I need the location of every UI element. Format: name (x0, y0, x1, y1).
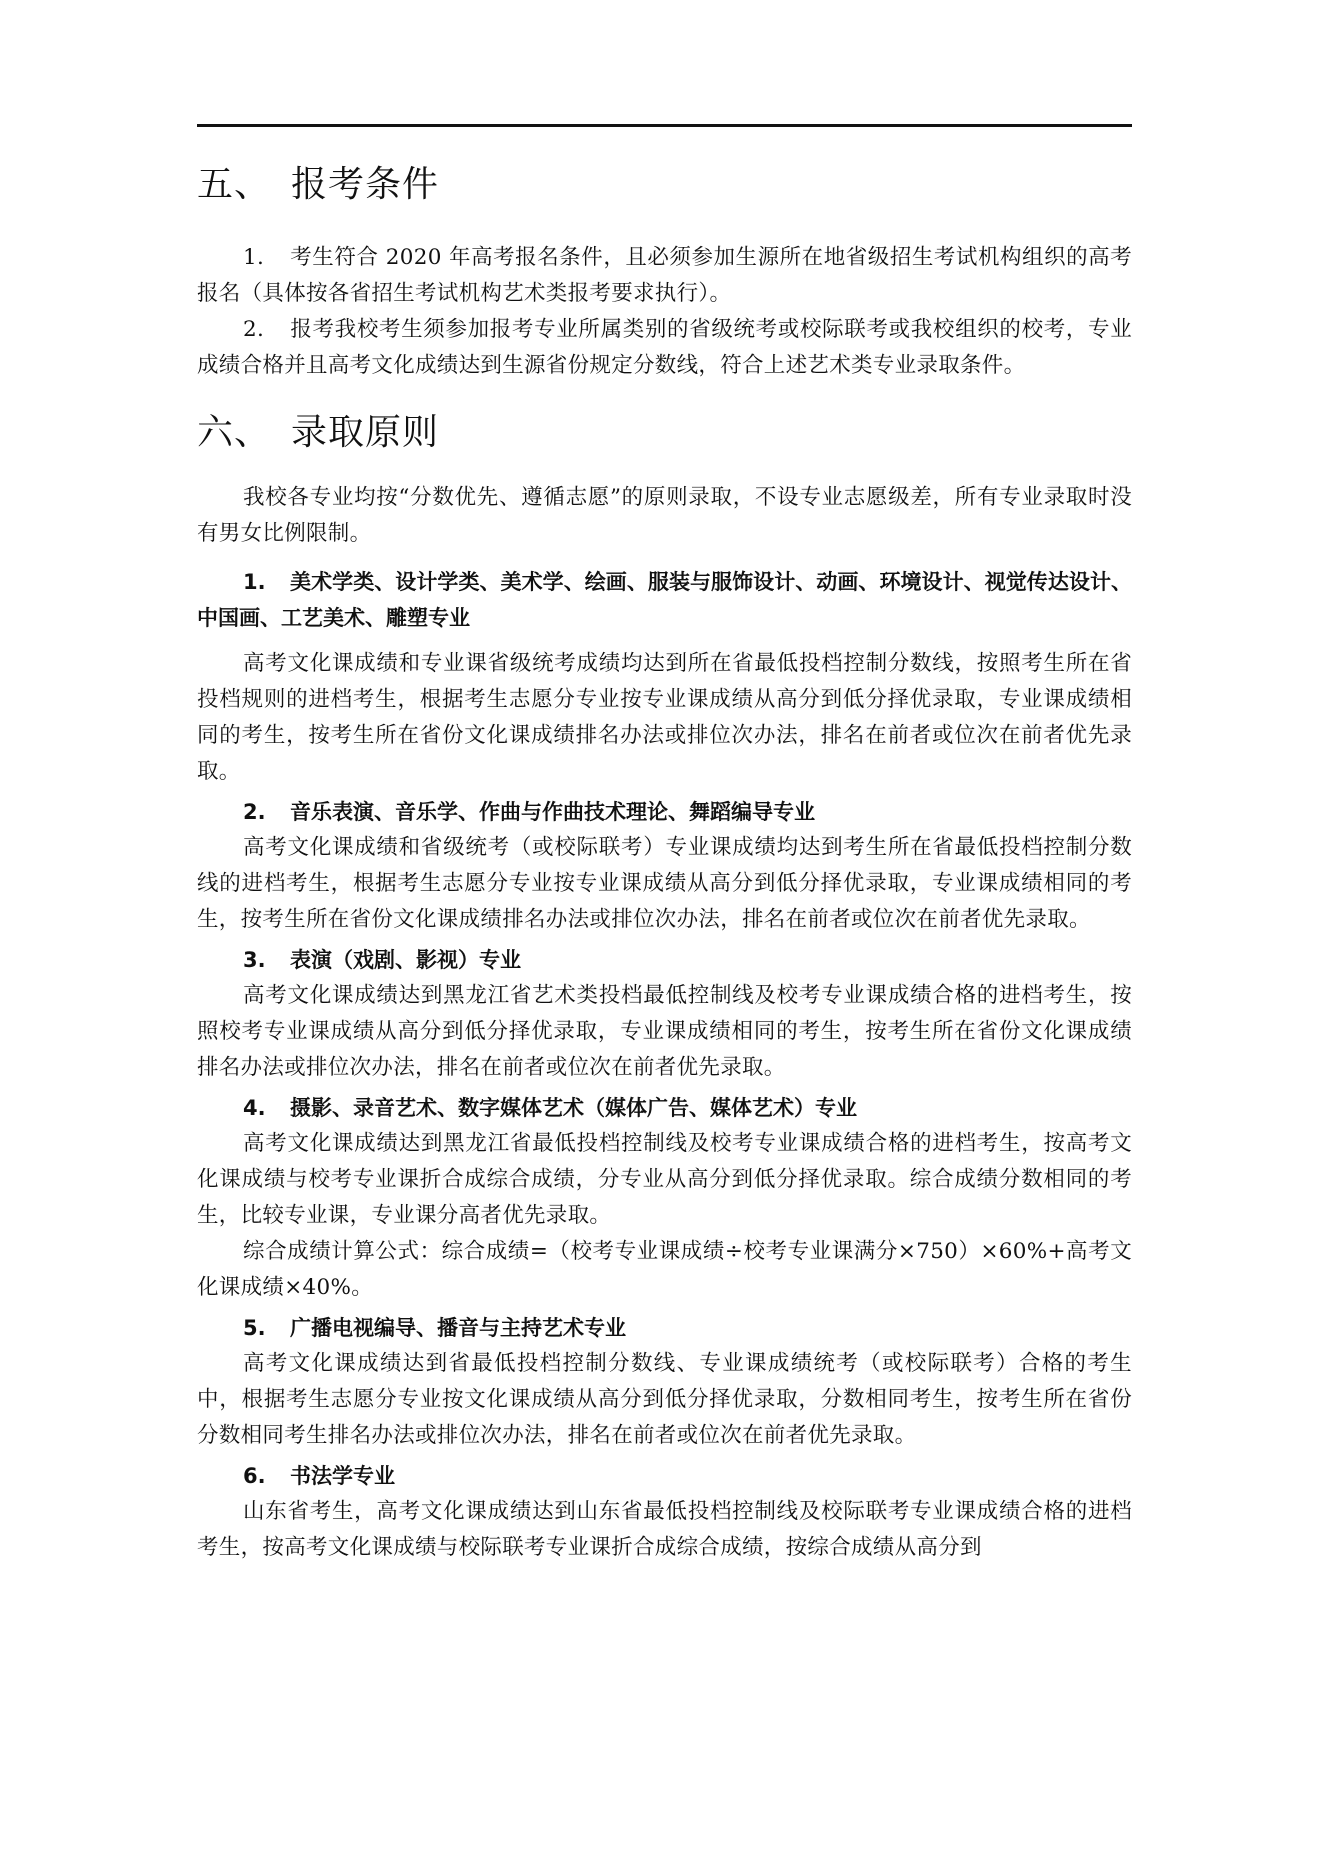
subsection-heading-1: 1.美术学类、设计学类、美术学、绘画、服装与服饰设计、动画、环境设计、视觉传达设… (197, 564, 1132, 636)
subsection-paragraph: 高考文化课成绩和省级统考（或校际联考）专业课成绩均达到考生所在省最低投档控制分数… (197, 830, 1132, 938)
admission-intro: 我校各专业均按“分数优先、遵循志愿”的原则录取，不设专业志愿级差，所有专业录取时… (197, 480, 1132, 552)
subsection-heading-5: 5.广播电视编导、播音与主持艺术专业 (197, 1310, 1132, 1346)
section-title: 录取原则 (291, 412, 439, 453)
subsection-paragraph: 高考文化课成绩达到黑龙江省艺术类投档最低控制线及校考专业课成绩合格的进档考生，按… (197, 978, 1132, 1086)
section-heading-6: 六、录取原则 (197, 408, 1132, 458)
requirement-item-2: 2.报考我校考生须参加报考专业所属类别的省级统考或校际联考或我校组织的校考，专业… (197, 312, 1132, 384)
subsection-paragraph: 高考文化课成绩和专业课省级统考成绩均达到所在省最低投档控制分数线，按照考生所在省… (197, 646, 1132, 790)
section-number: 六、 (197, 408, 291, 458)
subsection-heading-2: 2.音乐表演、音乐学、作曲与作曲技术理论、舞蹈编导专业 (197, 794, 1132, 830)
requirement-item-1: 1.考生符合 2020 年高考报名条件，且必须参加生源所在地省级招生考试机构组织… (197, 240, 1132, 312)
composite-score-formula: 综合成绩计算公式：综合成绩=（校考专业课成绩÷校考专业课满分×750）×60%+… (197, 1234, 1132, 1306)
subsection-paragraph: 山东省考生，高考文化课成绩达到山东省最低投档控制线及校际联考专业课成绩合格的进档… (197, 1494, 1132, 1566)
section-number: 五、 (197, 160, 291, 210)
document-page: 五、报考条件 1.考生符合 2020 年高考报名条件，且必须参加生源所在地省级招… (197, 160, 1132, 1566)
subsection-heading-3: 3.表演（戏剧、影视）专业 (197, 942, 1132, 978)
section-heading-5: 五、报考条件 (197, 160, 1132, 210)
subsection-paragraph: 高考文化课成绩达到省最低投档控制分数线、专业课成绩统考（或校际联考）合格的考生中… (197, 1346, 1132, 1454)
section-title: 报考条件 (291, 164, 439, 205)
subsection-paragraph: 高考文化课成绩达到黑龙江省最低投档控制线及校考专业课成绩合格的进档考生，按高考文… (197, 1126, 1132, 1234)
header-rule (197, 124, 1132, 127)
subsection-heading-4: 4.摄影、录音艺术、数字媒体艺术（媒体广告、媒体艺术）专业 (197, 1090, 1132, 1126)
subsection-heading-6: 6.书法学专业 (197, 1458, 1132, 1494)
